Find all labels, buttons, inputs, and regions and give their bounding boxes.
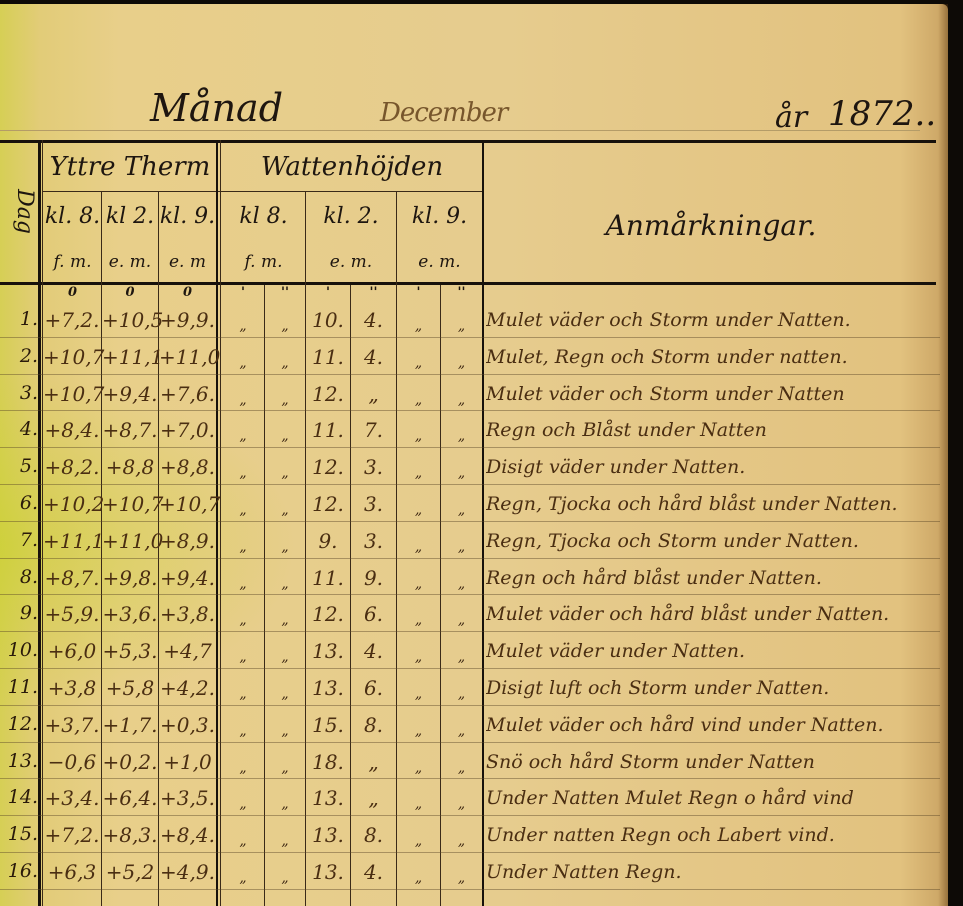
remark-cell: Mulet väder och Storm under Natten. (486, 309, 941, 331)
therm-kl2-cell: +5,8 (102, 676, 158, 700)
water-kl2-inches-cell: 6. (351, 676, 396, 700)
header-wattenhojden: Wattenhöjden (222, 152, 482, 182)
water-kl8-feet-cell: „ (222, 686, 264, 702)
water-kl9-feet-cell: „ (397, 723, 440, 739)
water-kl9-inches-cell: „ (441, 649, 482, 665)
therm-kl2-cell: +11,1 (102, 345, 158, 369)
water-kl8-feet-cell: „ (222, 355, 264, 371)
water-kl9-feet-cell: „ (397, 576, 440, 592)
title-line: Månad December år 1872.. (0, 4, 948, 140)
month-label: Månad (150, 86, 283, 130)
water-kl8-inches-cell: „ (265, 649, 305, 665)
therm-kl2-cell: +5,2 (102, 860, 158, 884)
header-yttre-therm: Yttre Therm (44, 152, 216, 182)
water-kl9-inches-cell: „ (441, 870, 482, 886)
water-kl8-inches-cell: „ (265, 870, 305, 886)
row-rule (0, 668, 940, 669)
water-kl9-inches-cell: „ (441, 686, 482, 702)
remark-cell: Regn och Blåst under Natten (486, 419, 941, 441)
therm-kl2: kl 2. (102, 204, 158, 229)
water-kl8-period: f. m. (222, 252, 305, 272)
day-cell: 13. (0, 750, 38, 772)
therm-kl9-cell: +8,9. (159, 529, 216, 553)
therm-kl9-cell: +4,9. (159, 860, 216, 884)
water-kl9-inches-cell: „ (441, 612, 482, 628)
water-kl9-inches-cell: „ (441, 539, 482, 555)
water-kl8-inches-cell: „ (265, 833, 305, 849)
water-kl8-unit-feet: ' (222, 285, 264, 300)
therm-kl8-cell: +8,2. (43, 455, 101, 479)
therm-kl8-unit: 0 (44, 285, 101, 300)
water-kl9-feet-cell: „ (397, 502, 440, 518)
water-kl8-inches-cell: „ (265, 796, 305, 812)
water-kl2-inches-cell: 3. (351, 529, 396, 553)
water-kl9-feet-cell: „ (397, 870, 440, 886)
day-cell: 4. (0, 418, 38, 440)
day-cell: 15. (0, 823, 38, 845)
day-cell: 14. (0, 786, 38, 808)
therm-kl9-cell: +0,3. (159, 713, 216, 737)
day-cell: 9. (0, 602, 38, 624)
therm-kl9-cell: +10,7 (159, 492, 216, 516)
water-kl8-inches-cell: „ (265, 612, 305, 628)
day-cell: 1. (0, 308, 38, 330)
therm-kl8-cell: +3,4. (43, 786, 101, 810)
water-kl2-inches-cell: 9. (351, 566, 396, 590)
water-kl8-feet-cell: „ (222, 760, 264, 776)
water-kl2-inches-cell: 4. (351, 639, 396, 663)
remarks-column-rule (482, 140, 484, 906)
water-kl8-inches-cell: „ (265, 686, 305, 702)
therm-kl9-cell: +3,5. (159, 786, 216, 810)
therm-kl9: kl. 9. (159, 204, 216, 229)
water-kl8-inches-cell: „ (265, 539, 305, 555)
water-kl8-inches-cell: „ (265, 355, 305, 371)
water-kl9-feet-cell: „ (397, 796, 440, 812)
therm-kl8-cell: +3,8 (43, 676, 101, 700)
water-kl9-feet-cell: „ (397, 760, 440, 776)
therm-kl8-cell: +10,7 (43, 382, 101, 406)
water-kl9-inches-cell: „ (441, 502, 482, 518)
water-kl8-feet-cell: „ (222, 723, 264, 739)
water-kl9-inches-cell: „ (441, 465, 482, 481)
water-kl9-feet-cell: „ (397, 355, 440, 371)
therm-kl2-cell: +8,8 (102, 455, 158, 479)
therm-kl9-cell: +9,9. (159, 308, 216, 332)
therm-kl2-cell: +9,4. (102, 382, 158, 406)
therm-kl2-cell: +9,8. (102, 566, 158, 590)
remark-cell: Mulet väder under Natten. (486, 640, 941, 662)
water-kl2-inches-cell: 3. (351, 455, 396, 479)
row-rule (0, 558, 940, 559)
row-rule (0, 778, 940, 779)
water-kl2-inches-cell: 4. (351, 345, 396, 369)
water-kl8-feet-cell: „ (222, 465, 264, 481)
water-kl9-feet-cell: „ (397, 649, 440, 665)
water-kl9-inches-cell: „ (441, 318, 482, 334)
water-kl9-feet-cell: „ (397, 539, 440, 555)
water-kl9-feet-cell: „ (397, 318, 440, 334)
water-kl8-feet-cell: „ (222, 539, 264, 555)
water-sub-rule-2 (350, 285, 351, 906)
water-kl8-feet-cell: „ (222, 576, 264, 592)
therm-kl8-cell: +8,4. (43, 418, 101, 442)
water-kl2-feet-cell: 13. (306, 786, 350, 810)
water-kl9-period: e. m. (397, 252, 482, 272)
row-rule (0, 337, 940, 338)
water-kl8-feet-cell: „ (222, 502, 264, 518)
therm-kl9-cell: +7,0. (159, 418, 216, 442)
water-kl8-inches-cell: „ (265, 392, 305, 408)
water-kl9-inches-cell: „ (441, 576, 482, 592)
day-cell: 7. (0, 529, 38, 551)
water-kl2-inches-cell: „ (351, 786, 396, 810)
water-kl9-feet-cell: „ (397, 392, 440, 408)
water-kl2-feet-cell: 13. (306, 676, 350, 700)
day-cell: 8. (0, 566, 38, 588)
day-cell: 2. (0, 345, 38, 367)
row-rule (0, 374, 940, 375)
water-kl8-inches-cell: „ (265, 428, 305, 444)
water-kl9-feet-cell: „ (397, 612, 440, 628)
remark-cell: Regn och hård blåst under Natten. (486, 567, 941, 589)
water-kl8-feet-cell: „ (222, 796, 264, 812)
row-rule (0, 521, 940, 522)
therm-kl9-cell: +8,4. (159, 823, 216, 847)
day-cell: 5. (0, 455, 38, 477)
water-kl2-feet-cell: 9. (306, 529, 350, 553)
water-kl8-feet-cell: „ (222, 392, 264, 408)
water-kl8-feet-cell: „ (222, 649, 264, 665)
water-kl2-feet-cell: 10. (306, 308, 350, 332)
water-kl9-inches-cell: „ (441, 760, 482, 776)
therm-kl2-unit: 0 (102, 285, 158, 300)
water-kl8-unit-inches: '' (265, 285, 305, 300)
water-kl8-inches-cell: „ (265, 576, 305, 592)
water-kl2-inches-cell: 7. (351, 418, 396, 442)
water-kl9-feet-cell: „ (397, 465, 440, 481)
water-kl2-inches-cell: 3. (351, 492, 396, 516)
water-kl2-unit-feet: ' (306, 285, 350, 300)
therm-water-rule-inner (220, 140, 221, 906)
day-cell: 11. (0, 676, 38, 698)
water-kl2-inches-cell: 8. (351, 713, 396, 737)
row-rule (0, 631, 940, 632)
therm-kl8-cell: +10,2 (43, 492, 101, 516)
therm-kl8-period: f. m. (44, 252, 101, 272)
water-kl8-feet-cell: „ (222, 428, 264, 444)
water-kl9-inches-cell: „ (441, 796, 482, 812)
water-kl2-feet-cell: 15. (306, 713, 350, 737)
water-kl8-feet-cell: „ (222, 612, 264, 628)
day-cell: 6. (0, 492, 38, 514)
water-kl2-inches-cell: 8. (351, 823, 396, 847)
remark-cell: Under Natten Mulet Regn o hård vind (486, 787, 941, 809)
water-kl2-inches-cell: 6. (351, 602, 396, 626)
therm-kl9-cell: +7,6. (159, 382, 216, 406)
therm-kl2-cell: +6,4. (102, 786, 158, 810)
group-header-rule (42, 191, 484, 192)
therm-kl8-cell: +8,7. (43, 566, 101, 590)
table-top-rule (0, 140, 936, 143)
water-kl2-feet-cell: 12. (306, 492, 350, 516)
ledger-page: Månad December år 1872.. Dag Yttre Therm… (0, 4, 948, 906)
water-kl9: kl. 9. (397, 204, 482, 229)
water-kl2-feet-cell: 18. (306, 750, 350, 774)
therm-kl2-cell: +10,5 (102, 308, 158, 332)
day-cell: 12. (0, 713, 38, 735)
water-kl2-feet-cell: 11. (306, 418, 350, 442)
water-kl2-unit-inches: '' (351, 285, 396, 300)
water-kl2-inches-cell: 4. (351, 860, 396, 884)
remark-cell: Mulet, Regn och Storm under natten. (486, 346, 941, 368)
water-kl8-feet-cell: „ (222, 833, 264, 849)
water-kl9-feet-cell: „ (397, 686, 440, 702)
therm-kl8-cell: +5,9. (43, 602, 101, 626)
remark-cell: Disigt luft och Storm under Natten. (486, 677, 941, 699)
water-kl2: kl. 2. (306, 204, 396, 229)
therm-kl2-cell: +3,6. (102, 602, 158, 626)
remark-cell: Mulet väder och Storm under Natten (486, 383, 941, 405)
water-kl9-inches-cell: „ (441, 723, 482, 739)
water-kl9-unit-inches: '' (441, 285, 482, 300)
row-rule (0, 484, 940, 485)
header-dag-label: Dag (12, 189, 37, 234)
therm-kl9-unit: 0 (159, 285, 216, 300)
remark-cell: Snö och hård Storm under Natten (486, 751, 941, 773)
therm-kl8-cell: +6,3 (43, 860, 101, 884)
row-rule (0, 852, 940, 853)
year-value: 1872.. (828, 94, 936, 134)
water-kl2-feet-cell: 13. (306, 860, 350, 884)
therm-kl2-cell: +1,7. (102, 713, 158, 737)
day-cell: 3. (0, 382, 38, 404)
therm-kl2-cell: +0,2. (102, 750, 158, 774)
header-anmarkningar: Anmårkningar. (486, 209, 936, 242)
month-value: December (380, 98, 507, 128)
remark-cell: Under Natten Regn. (486, 861, 941, 883)
water-kl2-feet-cell: 12. (306, 455, 350, 479)
therm-kl2-cell: +11,0 (102, 529, 158, 553)
therm-kl8-cell: +7,2. (43, 308, 101, 332)
water-kl2-period: e. m. (306, 252, 396, 272)
water-kl2-inches-cell: „ (351, 382, 396, 406)
therm-kl9-cell: +11,0 (159, 345, 216, 369)
water-kl8-inches-cell: „ (265, 723, 305, 739)
water-kl9-unit-feet: ' (397, 285, 440, 300)
water-kl8: kl 8. (222, 204, 305, 229)
remark-cell: Regn, Tjocka och Storm under Natten. (486, 530, 941, 552)
water-kl2-inches-cell: „ (351, 750, 396, 774)
row-rule (0, 742, 940, 743)
row-rule (0, 594, 940, 595)
water-kl8-inches-cell: „ (265, 502, 305, 518)
day-cell: 16. (0, 860, 38, 882)
dag-column-rule (38, 140, 41, 906)
water-kl2-feet-cell: 12. (306, 602, 350, 626)
water-kl2-feet-cell: 12. (306, 382, 350, 406)
therm-kl8-cell: +11,1 (43, 529, 101, 553)
therm-kl9-cell: +8,8. (159, 455, 216, 479)
water-kl8-feet-cell: „ (222, 870, 264, 886)
water-sub-rule-1 (264, 285, 265, 906)
therm-kl9-cell: +3,8. (159, 602, 216, 626)
therm-kl8-cell: −0,6 (43, 750, 101, 774)
remark-cell: Under natten Regn och Labert vind. (486, 824, 941, 846)
water-kl9-inches-cell: „ (441, 355, 482, 371)
row-rule (0, 410, 940, 411)
water-kl2-feet-cell: 13. (306, 639, 350, 663)
day-cell: 10. (0, 639, 38, 661)
water-kl2-feet-cell: 13. (306, 823, 350, 847)
row-rule (0, 705, 940, 706)
therm-kl2-cell: +8,3. (102, 823, 158, 847)
therm-kl2-period: e. m. (102, 252, 158, 272)
water-kl8-feet-cell: „ (222, 318, 264, 334)
water-kl8-inches-cell: „ (265, 318, 305, 334)
therm-kl8: kl. 8. (44, 204, 101, 229)
remark-cell: Disigt väder under Natten. (486, 456, 941, 478)
water-kl9-inches-cell: „ (441, 392, 482, 408)
water-kl2-feet-cell: 11. (306, 345, 350, 369)
therm-kl8-cell: +10,7 (43, 345, 101, 369)
remark-cell: Mulet väder och hård blåst under Natten. (486, 603, 941, 625)
row-rule (0, 447, 940, 448)
water-kl9-inches-cell: „ (441, 833, 482, 849)
therm-kl2-cell: +10,7 (102, 492, 158, 516)
water-kl2-inches-cell: 4. (351, 308, 396, 332)
row-rule (0, 815, 940, 816)
therm-kl8-cell: +3,7. (43, 713, 101, 737)
water-kl9-feet-cell: „ (397, 428, 440, 444)
therm-kl9-cell: +1,0 (159, 750, 216, 774)
therm-kl9-cell: +9,4. (159, 566, 216, 590)
therm-kl8-cell: +6,0 (43, 639, 101, 663)
remark-cell: Regn, Tjocka och hård blåst under Natten… (486, 493, 941, 515)
water-kl8-inches-cell: „ (265, 760, 305, 776)
therm-kl2-cell: +8,7. (102, 418, 158, 442)
therm-water-rule (216, 140, 218, 906)
row-rule (0, 889, 940, 890)
title-rule (0, 130, 920, 131)
therm-kl9-cell: +4,2. (159, 676, 216, 700)
therm-kl8-cell: +7,2. (43, 823, 101, 847)
water-kl9-feet-cell: „ (397, 833, 440, 849)
header-dag: Dag (2, 169, 32, 279)
therm-kl9-period: e. m (159, 252, 216, 272)
remark-cell: Mulet väder och hård vind under Natten. (486, 714, 941, 736)
water-kl8-inches-cell: „ (265, 465, 305, 481)
water-sub-rule-3 (440, 285, 441, 906)
water-kl9-inches-cell: „ (441, 428, 482, 444)
water-kl2-feet-cell: 11. (306, 566, 350, 590)
therm-kl2-cell: +5,3. (102, 639, 158, 663)
therm-kl9-cell: +4,7 (159, 639, 216, 663)
